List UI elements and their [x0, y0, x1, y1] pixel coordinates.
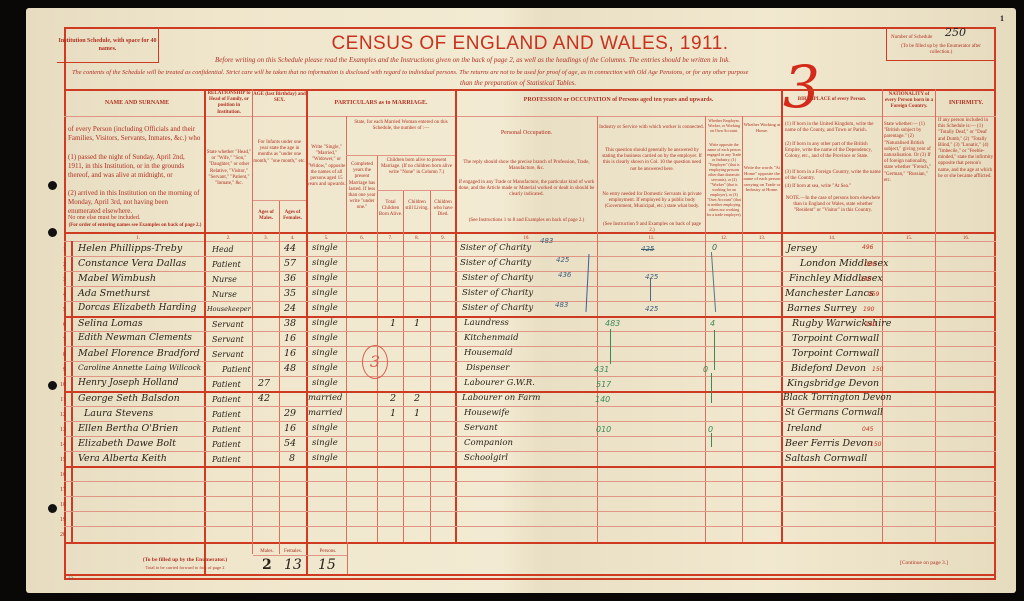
header-age: AGE (last Birthday) and SEX. — [253, 92, 306, 104]
person-name: Dorcas Elizabeth Harding — [78, 303, 196, 313]
row-rule — [64, 331, 996, 332]
header-industry: Industry or Service with which worker is… — [599, 125, 704, 131]
header-name: NAME AND SURNAME — [70, 100, 204, 107]
birthplace: St Germans Cornwall — [785, 408, 883, 418]
row-rule — [64, 511, 996, 512]
age-female: 16 — [284, 423, 296, 434]
age-female: 48 — [284, 363, 296, 374]
row-number: 15 — [58, 457, 66, 463]
row-number: 3 — [58, 277, 66, 283]
row-rule — [64, 376, 996, 377]
row-rule — [64, 286, 996, 287]
occupation: Sister of Charity — [462, 273, 533, 283]
col-rule — [347, 542, 348, 574]
header-name-desc-3: No one else must be included. — [68, 214, 202, 223]
marital-status: single — [312, 243, 338, 253]
marital-status: married — [308, 393, 342, 403]
birthplace: Manchester Lancs — [785, 288, 874, 299]
birthplace: Beer Ferris Devon — [785, 438, 873, 449]
children-total: 1 — [390, 318, 396, 329]
age-female: 29 — [284, 408, 296, 419]
header-at-home: Whether Working at Home. — [743, 122, 781, 133]
punch-hole — [48, 504, 57, 513]
header-birthplace-desc-3: (3) If born in a Foreign Country, write … — [785, 170, 881, 182]
row-rule — [64, 436, 996, 437]
totals-note: Total to be carried forward to foot of p… — [120, 565, 250, 570]
col-rule — [403, 190, 404, 542]
header-birthplace: BIRTHPLACE of every Person. — [782, 97, 882, 103]
col-rule — [597, 116, 598, 542]
row-number: 18 — [58, 502, 66, 508]
age-female: 16 — [284, 333, 296, 344]
row-number: 5 — [58, 307, 66, 313]
row-rule — [64, 346, 996, 347]
occupation-code: 425 — [556, 256, 569, 264]
males-label: Males. — [256, 549, 278, 554]
header-profession: PROFESSION or OCCUPATION of Persons aged… — [456, 97, 781, 104]
row-rule — [64, 256, 996, 257]
header-name-desc-4: (For order of entering names see Example… — [68, 223, 202, 229]
col-number: 1. — [72, 236, 204, 241]
birthplace: Saltash Cornwall — [785, 453, 867, 464]
row-rule — [64, 466, 996, 468]
birthplace: Jersey — [787, 243, 817, 254]
row-rule — [64, 361, 996, 362]
industry-code: 483 — [605, 319, 620, 328]
header-name-desc-1: (1) passed the night of Sunday, April 2n… — [68, 153, 202, 180]
punch-hole — [48, 228, 57, 237]
person-name: George Seth Balsdon — [78, 393, 180, 404]
totals-split-rule — [253, 555, 347, 556]
schedule-number-label: Number of Schedule — [891, 35, 932, 40]
person-name: Edith Newman Clements — [78, 333, 192, 343]
person-name: Constance Vera Dallas — [78, 258, 186, 269]
relationship: Servant — [212, 320, 244, 329]
row-number: 19 — [58, 517, 66, 523]
occupation-code: 483 — [555, 301, 568, 309]
row-rule — [64, 421, 996, 422]
occupation: Schoolgirl — [464, 453, 508, 463]
form-bottom-rule — [64, 574, 996, 576]
col-number: 8. — [404, 236, 430, 241]
enumerator-mark: 3 — [783, 58, 820, 116]
footer-code: 13 — [68, 577, 73, 582]
occupation-code: 483 — [540, 237, 553, 245]
row-rule — [64, 271, 996, 272]
occupation: Dispenser — [466, 363, 509, 373]
relationship: Patient — [212, 440, 241, 449]
children-split-rule — [377, 190, 455, 191]
person-name: Laura Stevens — [84, 408, 153, 419]
header-industry-desc: This question should generally be answer… — [600, 148, 704, 173]
instruction-line-1: Before writing on this Schedule please r… — [215, 56, 730, 64]
row-number: 6 — [58, 322, 66, 328]
header-children-died: Children who have Died. — [431, 200, 455, 219]
header-nationality: NATIONALITY of every Person born in a Fo… — [883, 92, 935, 111]
header-marriage-women: State, for each Married Woman entered on… — [347, 120, 455, 132]
age-female: 16 — [284, 348, 296, 359]
marital-status: single — [312, 453, 338, 463]
industry-code: 425 — [641, 245, 654, 253]
row-number: 8 — [58, 352, 66, 358]
industry-code: 010 — [596, 425, 611, 434]
relationship: Patient — [212, 395, 241, 404]
employer-code: 4 — [710, 319, 715, 328]
header-employer-desc: Write opposite the name of each person e… — [706, 142, 742, 217]
header-nationality-desc: State whether:— (1) "British subject by … — [884, 122, 934, 184]
relationship: Nurse — [212, 275, 237, 284]
col-number: 15. — [883, 236, 935, 241]
header-infirmity-desc: If any person included in this Schedule … — [938, 118, 994, 180]
row-number: 20 — [58, 532, 66, 538]
birthplace: Ireland — [787, 423, 822, 434]
age-male: 27 — [258, 378, 270, 389]
birthplace: Barnes Surrey — [787, 303, 857, 314]
header-infirmity: INFIRMITY. — [936, 100, 996, 107]
col-number: 14. — [782, 236, 882, 241]
col-number: 4. — [279, 236, 306, 241]
header-marriage-years: Completed years the present Marriage has… — [347, 162, 377, 212]
header-age-males: Ages of Males. — [253, 210, 279, 222]
page-number: 1 — [1000, 14, 1004, 23]
birthplace-code: 150 — [870, 441, 881, 448]
person-name: Mabel Florence Bradford — [78, 348, 200, 359]
birthplace-code: 496 — [862, 244, 873, 251]
marital-status: single — [312, 438, 338, 448]
header-children-total: Total Children Born Alive. — [378, 200, 403, 219]
header-personal-desc-2: If engaged in any Trade or Manufacture, … — [458, 180, 595, 199]
instruction-line-2: The contents of the Schedule will be tre… — [72, 69, 748, 76]
col-number: 13. — [743, 236, 781, 241]
header-age-desc: For Infants under one year state the age… — [253, 140, 306, 165]
col-number: 2. — [205, 236, 252, 241]
col-rule — [279, 200, 280, 554]
header-employer: Whether Employer, Worker, or Working on … — [706, 118, 742, 133]
person-name: Ada Smethurst — [78, 288, 150, 299]
birthplace-code: 045 — [862, 426, 873, 433]
header-personal-occupation: Personal Occupation. — [456, 130, 597, 137]
schedule-number-note: (To be filled up by the Enumerator after… — [891, 44, 991, 56]
birthplace-code: 150 — [872, 366, 883, 373]
occupation: Sister of Charity — [462, 303, 533, 313]
row-number: 10 — [58, 382, 66, 388]
total-males: 2 — [262, 557, 272, 573]
occupation: Sister of Charity — [460, 258, 531, 268]
col-number: 6. — [347, 236, 377, 241]
row-number: 13 — [58, 427, 66, 433]
row-number: 1 — [58, 247, 66, 253]
age-female: 44 — [284, 243, 296, 254]
punch-hole — [48, 381, 57, 390]
person-name: Vera Alberta Keith — [78, 453, 167, 464]
total-females: 13 — [284, 557, 302, 573]
age-female: 36 — [284, 273, 296, 284]
header-name-desc-2: (2) arrived in this Institution on the m… — [68, 189, 202, 216]
age-male: 42 — [258, 393, 270, 404]
row-number: 16 — [58, 472, 66, 478]
industry-code: 425 — [645, 305, 658, 313]
header-birthplace-desc-4: (4) If born at sea, write "At Sea." — [785, 184, 881, 190]
person-name: Helen Phillipps-Treby — [78, 243, 182, 254]
row-number: 17 — [58, 487, 66, 493]
persons-label: Persons. — [308, 549, 348, 554]
row-rule — [64, 481, 996, 482]
continue-note: [Continue on page 3.] — [900, 560, 948, 566]
marital-status: single — [312, 288, 338, 298]
industry-code: 425 — [645, 273, 658, 281]
occupation: Servant — [464, 423, 498, 433]
check-line — [711, 373, 712, 403]
row-rule — [64, 301, 996, 302]
age-female: 8 — [289, 453, 295, 464]
punch-hole — [48, 181, 57, 190]
children-total: 2 — [390, 393, 396, 404]
header-relationship-desc: State whether "Head," or "Wife," "Son," … — [206, 150, 252, 187]
row-rule — [64, 451, 996, 452]
marriage-split-rule — [346, 155, 455, 156]
header-personal-desc-3: (See Instructions 1 to 8 and Examples on… — [458, 218, 595, 224]
row-number: 2 — [58, 262, 66, 268]
females-label: Females. — [280, 549, 306, 554]
marital-status: single — [312, 423, 338, 433]
schedule-number-box: Number of Schedule 250 (To be filled up … — [886, 27, 995, 61]
check-line — [650, 279, 651, 301]
header-children-born: Children born alive to present Marriage.… — [378, 158, 455, 177]
children-total: 1 — [390, 408, 396, 419]
birthplace: Torpoint Cornwall — [792, 348, 879, 359]
header-industry-desc-3: (See Instruction 9 and Examples on back … — [600, 222, 704, 234]
header-birthplace-desc-2: (2) If born in any other part of the Bri… — [785, 142, 881, 161]
birthplace: Bideford Devon — [791, 363, 866, 374]
col-number: 3. — [253, 236, 279, 241]
employer-code: 0 — [703, 365, 708, 374]
marital-status: married — [308, 408, 342, 418]
birthplace-code: 240 — [860, 276, 871, 283]
age-female: 35 — [284, 288, 296, 299]
header-children-living: Children still Living. — [404, 200, 430, 212]
relationship: Patient — [212, 425, 241, 434]
occupation: Companion — [464, 438, 513, 448]
relationship: Head — [212, 245, 234, 254]
person-name: Caroline Annette Laing Willcock — [78, 363, 201, 372]
col-number: 5. — [307, 236, 346, 241]
occupation: Sister of Charity — [460, 243, 531, 253]
instruction-line-3: than the preparation of Statistical Tabl… — [460, 79, 576, 87]
institution-schedule-box: Institution Schedule, with space for 40 … — [57, 27, 159, 63]
row-rule — [64, 496, 996, 497]
marital-status: single — [312, 273, 338, 283]
check-line — [711, 433, 712, 447]
marital-status: single — [312, 303, 338, 313]
occupation: Laundress — [464, 318, 509, 328]
col-number: 10. — [456, 236, 597, 241]
industry-code: 517 — [596, 380, 611, 389]
person-name: Selina Lomas — [78, 318, 143, 329]
person-name: Ellen Bertha O'Brien — [78, 423, 178, 434]
birthplace: Torpoint Cornwall — [792, 333, 879, 344]
schedule-number-value: 250 — [945, 30, 966, 36]
relationship: Housekeeper — [207, 305, 251, 313]
row-number: 14 — [58, 442, 66, 448]
relationship: Patient — [212, 455, 241, 464]
person-name: Elizabeth Dawe Bolt — [78, 438, 176, 449]
occupation: Housewife — [464, 408, 510, 418]
header-relationship: RELATIONSHIP to Head of Family, or posit… — [206, 91, 252, 116]
birthplace: Rugby Warwickshire — [792, 318, 891, 329]
row-rule — [64, 526, 996, 527]
page-title: CENSUS OF ENGLAND AND WALES, 1911. — [300, 33, 760, 55]
employer-code: 0 — [712, 243, 717, 252]
header-marriage-state: Write "Single," "Married," "Widower," or… — [307, 145, 346, 188]
header-birthplace-note: NOTE.—In the case of persons born elsewh… — [785, 196, 881, 215]
relationship: Patient — [222, 365, 251, 374]
row-number: 9 — [58, 367, 66, 373]
children-living: 2 — [414, 393, 420, 404]
row-number: 12 — [58, 412, 66, 418]
header-marriage: PARTICULARS as to MARRIAGE. — [307, 100, 455, 107]
person-name: Mabel Wimbush — [78, 273, 156, 284]
check-line — [610, 329, 611, 364]
relationship: Servant — [212, 350, 244, 359]
children-living: 1 — [414, 408, 420, 419]
occupation: Sister of Charity — [462, 288, 533, 298]
occupation: Labourer on Farm — [462, 393, 540, 403]
marital-status: single — [312, 363, 338, 373]
marital-status: single — [312, 318, 338, 328]
relationship: Servant — [212, 335, 244, 344]
total-persons: 15 — [318, 557, 336, 573]
col-number: 12. — [706, 236, 742, 241]
header-at-home-desc: Write the words "At Home" opposite the n… — [743, 165, 781, 193]
age-female: 57 — [284, 258, 296, 269]
occupation: Labourer G.W.R. — [464, 378, 535, 388]
birthplace-code: 140 — [865, 321, 876, 328]
occupation: Housemaid — [464, 348, 513, 358]
row-number: 4 — [58, 292, 66, 298]
col-number: 11. — [598, 236, 705, 241]
row-number: 11 — [58, 397, 66, 403]
occupation-code: 436 — [558, 271, 571, 279]
check-line — [714, 330, 715, 370]
col-rule — [430, 190, 431, 542]
birthplace-code: 059 — [868, 291, 879, 298]
col-number: 7. — [378, 236, 403, 241]
age-female: 54 — [284, 438, 296, 449]
header-birthplace-desc-1: (1) If born in the United Kingdom, write… — [785, 122, 881, 134]
age-female: 38 — [284, 318, 296, 329]
marital-status: single — [312, 378, 338, 388]
circled-mark: 3 — [362, 345, 388, 379]
totals-label: (To be filled up by the Enumerator.) — [120, 557, 250, 564]
industry-code: 140 — [595, 395, 610, 404]
header-name-desc: of every Person (including Officials and… — [68, 125, 202, 143]
occupation: Kitchenmaid — [464, 333, 519, 343]
birthplace-code: 190 — [863, 306, 874, 313]
header-industry-desc-2: No entry needed for Domestic Servants in… — [600, 192, 704, 211]
relationship: Patient — [212, 380, 241, 389]
col-number: 9. — [431, 236, 455, 241]
relationship: Nurse — [212, 290, 237, 299]
relationship: Patient — [212, 410, 241, 419]
age-split-rule — [253, 200, 306, 201]
children-living: 1 — [414, 318, 420, 329]
header-age-females: Ages of Females. — [279, 210, 306, 222]
person-name: Henry Joseph Holland — [78, 378, 179, 388]
birthplace-code: 000 — [865, 261, 876, 268]
relationship: Patient — [212, 260, 241, 269]
header-personal-desc-1: The reply should show the precise branch… — [458, 160, 595, 172]
birthplace: Kingsbridge Devon — [787, 378, 879, 389]
marital-status: single — [312, 348, 338, 358]
marital-status: single — [312, 333, 338, 343]
row-rule — [64, 406, 996, 407]
birthplace: Black Torrington Devon — [783, 393, 892, 403]
age-female: 24 — [284, 303, 296, 314]
industry-code: 431 — [594, 365, 609, 374]
marital-status: single — [312, 258, 338, 268]
col-number: 16. — [936, 236, 996, 241]
row-number: 7 — [58, 337, 66, 343]
